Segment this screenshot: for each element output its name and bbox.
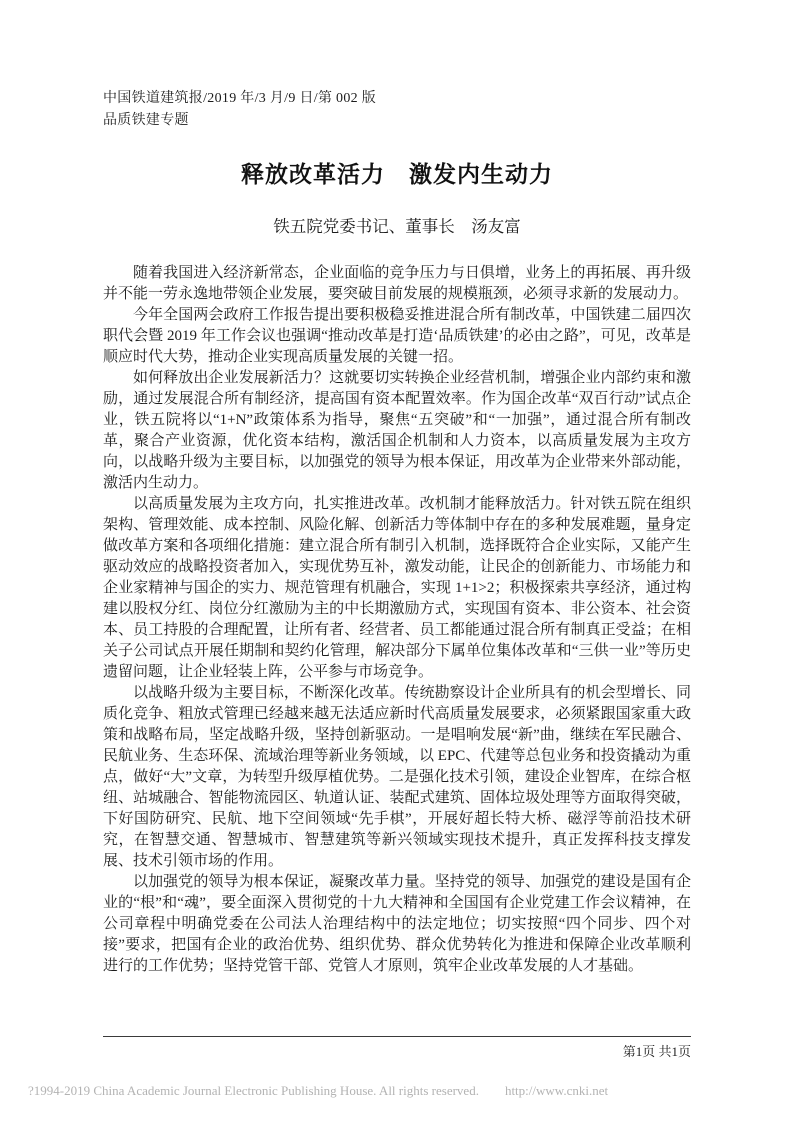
article-title: 释放改革活力 激发内生动力: [103, 156, 691, 189]
source-line: 中国铁道建筑报/2019 年/3 月/9 日/第 002 版: [103, 88, 691, 110]
article-byline: 铁五院党委书记、董事长 汤友富: [103, 213, 691, 237]
document-page: 中国铁道建筑报/2019 年/3 月/9 日/第 002 版 品质铁建专题 释放…: [0, 0, 793, 1122]
article-paragraph-4: 以高质量发展为主攻方向，扎实推进改革。改机制才能释放活力。针对铁五院在组织架构、…: [103, 494, 691, 683]
copyright-text: ?1994-2019 China Academic Journal Electr…: [28, 1083, 479, 1098]
article-paragraph-3: 如何释放出企业发展新活力？这就要切实转换企业经营机制，增强企业内部约束和激励，通…: [103, 368, 691, 494]
page-footer: 第1页 共1页: [103, 1036, 691, 1060]
article-paragraph-2: 今年全国两会政府工作报告提出要积极稳妥推进混合所有制改革，中国铁建二届四次职代会…: [103, 305, 691, 368]
document-header: 中国铁道建筑报/2019 年/3 月/9 日/第 002 版 品质铁建专题: [103, 88, 691, 132]
copyright-bar: ?1994-2019 China Academic Journal Electr…: [28, 1083, 768, 1099]
article-paragraph-6: 以加强党的领导为根本保证，凝聚改革力量。坚持党的领导、加强党的建设是国有企业的“…: [103, 872, 691, 977]
article-content: 中国铁道建筑报/2019 年/3 月/9 日/第 002 版 品质铁建专题 释放…: [103, 88, 691, 977]
article-body: 随着我国进入经济新常态，企业面临的竞争压力与日俱增，业务上的再拓展、再升级并不能…: [103, 263, 691, 977]
cnki-url-link[interactable]: http://www.cnki.net: [505, 1083, 608, 1098]
topic-line: 品质铁建专题: [103, 110, 691, 132]
article-paragraph-5: 以战略升级为主要目标，不断深化改革。传统勘察设计企业所具有的机会型增长、同质化竞…: [103, 683, 691, 872]
page-indicator: 第1页 共1页: [103, 1037, 691, 1060]
article-paragraph-1: 随着我国进入经济新常态，企业面临的竞争压力与日俱增，业务上的再拓展、再升级并不能…: [103, 263, 691, 305]
